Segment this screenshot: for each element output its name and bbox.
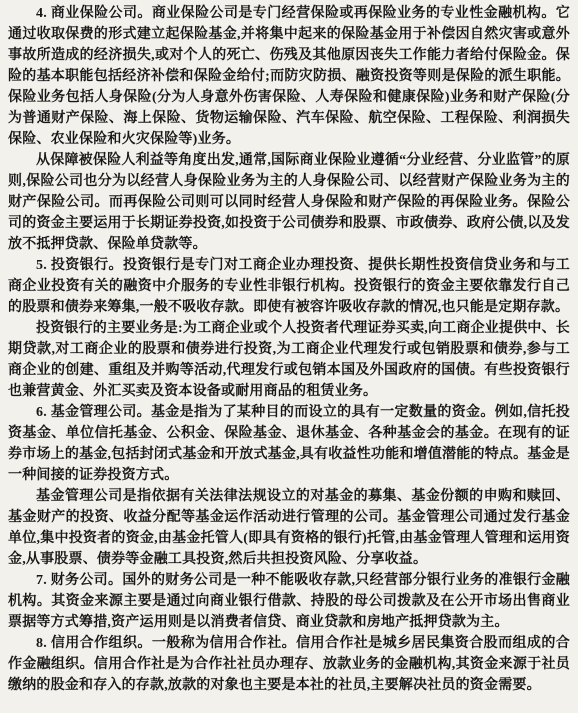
paragraph-finance-company: 7. 财务公司。国外的财务公司是一种不能吸收存款,只经营部分银行业务的准银行金融… bbox=[8, 570, 570, 633]
paragraph-investment-bank: 5. 投资银行。投资银行是专门对工商企业办理投资、提供长期性投资信贷业务和与工商… bbox=[8, 255, 570, 318]
paragraph-commercial-insurance-company: 4. 商业保险公司。商业保险公司是专门经营保险或再保险业务的专业性金融机构。它通… bbox=[8, 3, 570, 150]
paragraph-fund-management-company-intro: 6. 基金管理公司。基金是指为了某种目的而设立的具有一定数量的资金。例如,信托投… bbox=[8, 402, 570, 486]
document-page: 4. 商业保险公司。商业保险公司是专门经营保险或再保险业务的专业性金融机构。它通… bbox=[0, 0, 578, 713]
paragraph-insurance-separate-operation: 从保障被保险人利益等角度出发,通常,国际商业保险业遵循“分业经营、分业监管”的原… bbox=[8, 150, 570, 255]
paragraph-credit-cooperative: 8. 信用合作组织。一般称为信用合作社。信用合作社是城乡居民集资合股而组成的合作… bbox=[8, 633, 570, 696]
paragraph-investment-bank-main-business: 投资银行的主要业务是:为工商企业或个人投资者代理证券买卖,向工商企业提供中、长期… bbox=[8, 318, 570, 402]
paragraph-fund-management-company-definition: 基金管理公司是指依据有关法律法规设立的对基金的募集、基金份额的申购和赎回、基金财… bbox=[8, 486, 570, 570]
